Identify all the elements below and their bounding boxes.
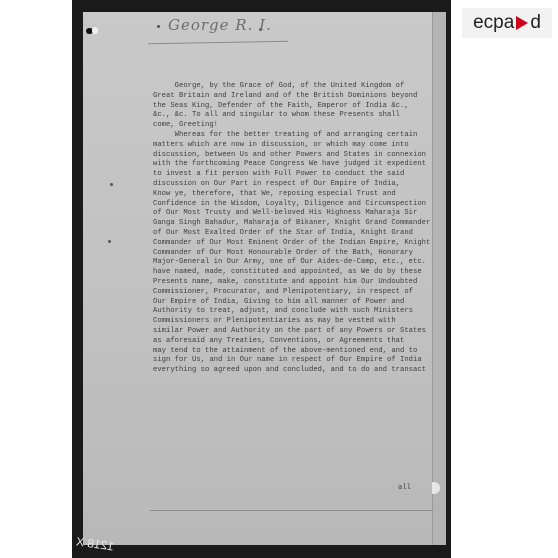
- document-line: discussion on Our Part in respect of Our…: [153, 180, 438, 190]
- document-line: Know ye, therefore, that We, reposing es…: [153, 190, 438, 200]
- ecpad-logo: ecpa d: [462, 8, 552, 38]
- document-line: Major-General in Our Army, one of Our Ai…: [153, 258, 438, 268]
- document-line: as aforesaid any Treaties, Conventions, …: [153, 337, 438, 347]
- document-line: Confidence in the Wisdom, Loyalty, Dilig…: [153, 200, 438, 210]
- document-line: Commissioner, Procurator, and Plenipoten…: [153, 288, 438, 298]
- document-line: Authority to treat, adjust, and conclude…: [153, 307, 438, 317]
- document-line: similar Power and Authority on the part …: [153, 327, 438, 337]
- document-line: discussion, between Us and other Powers …: [153, 151, 438, 161]
- logo-text-left: ecpa: [473, 12, 514, 34]
- document-line: matters which are now in discussion, or …: [153, 141, 438, 151]
- document-line: of Our Most Exalted Order of the Star of…: [153, 229, 438, 239]
- document-line: George, by the Grace of God, of the Unit…: [153, 82, 438, 92]
- document-line: with the forthcoming Peace Congress We h…: [153, 160, 438, 170]
- document-line: Commander of Our Most Honourable Order o…: [153, 249, 438, 259]
- signature-text: George R. I.: [168, 16, 272, 34]
- document-line: Commissioners or Plenipotentiaries as ma…: [153, 317, 438, 327]
- document-line: of Our Most Trusty and Well-beloved His …: [153, 209, 438, 219]
- document-line: everything so agreed upon and concluded,…: [153, 366, 438, 376]
- signature: George R. I.: [138, 12, 288, 48]
- logo-arrow-icon: [516, 16, 528, 30]
- document-line: Whereas for the better treating of and a…: [153, 131, 438, 141]
- document-line: have named, made, constituted and appoin…: [153, 268, 438, 278]
- document-line: &c., &c. To all and singular to whom the…: [153, 111, 438, 121]
- document-body: George, by the Grace of God, of the Unit…: [153, 82, 438, 376]
- logo-text-right: d: [530, 12, 541, 34]
- plate-speck: [110, 183, 113, 186]
- document-line: may tend to the attainment of the above-…: [153, 347, 438, 357]
- document-line: to invest a fit person with Full Power t…: [153, 170, 438, 180]
- document-line: come, Greeting!: [153, 121, 438, 131]
- closing-word: all: [398, 484, 411, 492]
- document-line: Our Empire of India, Giving to him all m…: [153, 298, 438, 308]
- document-line: Great Britain and Ireland and of the Bri…: [153, 92, 438, 102]
- document-line: Presents name, make, constitute and appo…: [153, 278, 438, 288]
- document-line: the Seas King, Defender of the Faith, Em…: [153, 102, 438, 112]
- signature-flourish: [148, 41, 288, 44]
- document-line: sign for Us, and in Our name in respect …: [153, 356, 438, 366]
- plate-speck: [108, 240, 111, 243]
- plate-mark: [92, 27, 98, 34]
- document-line: Commander of Our Most Eminent Order of t…: [153, 239, 438, 249]
- document-line: Ganga Singh Bahadur, Maharaja of Bikaner…: [153, 219, 438, 229]
